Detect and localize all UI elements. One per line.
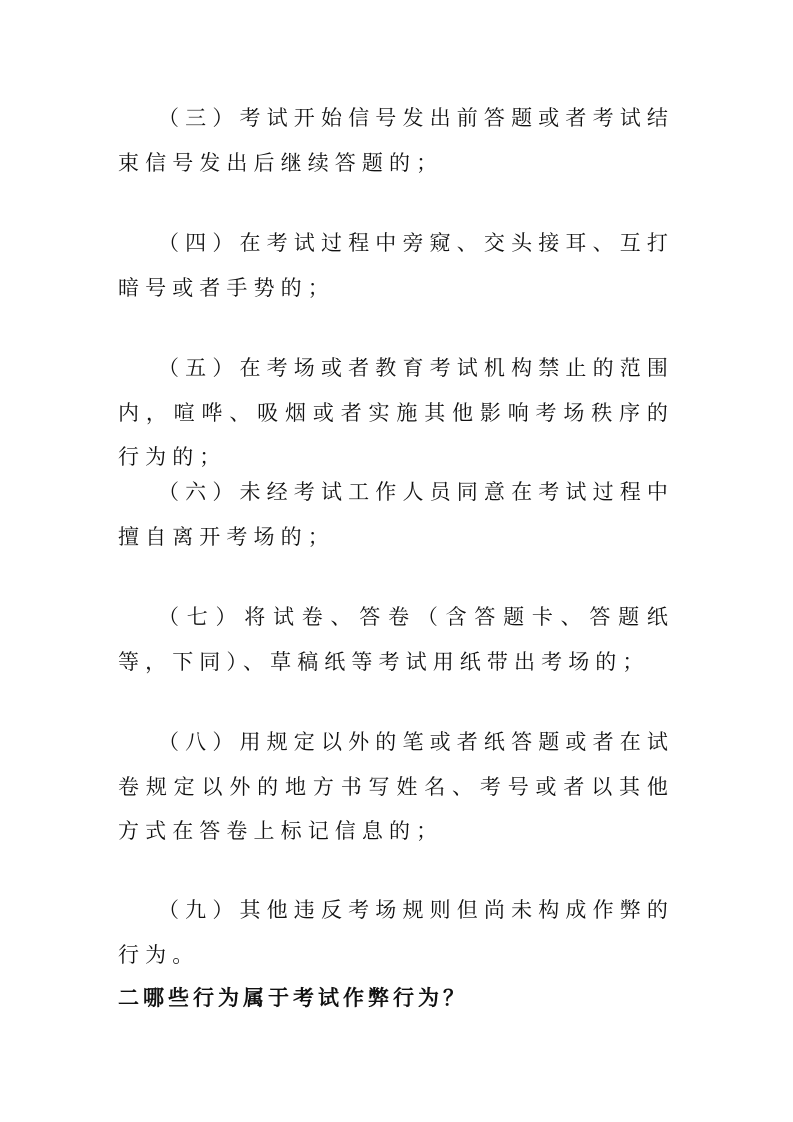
paragraph-item-8: （八）用规定以外的笔或者纸答题或者在试卷规定以外的地方书写姓名、考号或者以其他方… [118,720,674,854]
paragraph-item-5: （五）在考场或者教育考试机构禁止的范围内，喧哗、吸烟或者实施其他影响考场秩序的行… [118,346,674,480]
paragraph-item-3: （三）考试开始信号发出前答题或者考试结束信号发出后继续答题的； [118,96,674,185]
section-heading: 二哪些行为属于考试作弊行为？ [118,983,674,1013]
paragraph-item-9: （九）其他违反考场规则但尚未构成作弊的行为。 [118,888,674,977]
paragraph-item-6: （六）未经考试工作人员同意在考试过程中擅自离开考场的； [118,470,674,559]
paragraph-item-4: （四）在考试过程中旁窥、交头接耳、互打暗号或者手势的； [118,221,674,310]
paragraph-item-7: （七）将试卷、答卷（含答题卡、答题纸等，下同）、草稿纸等考试用纸带出考场的； [118,595,674,684]
